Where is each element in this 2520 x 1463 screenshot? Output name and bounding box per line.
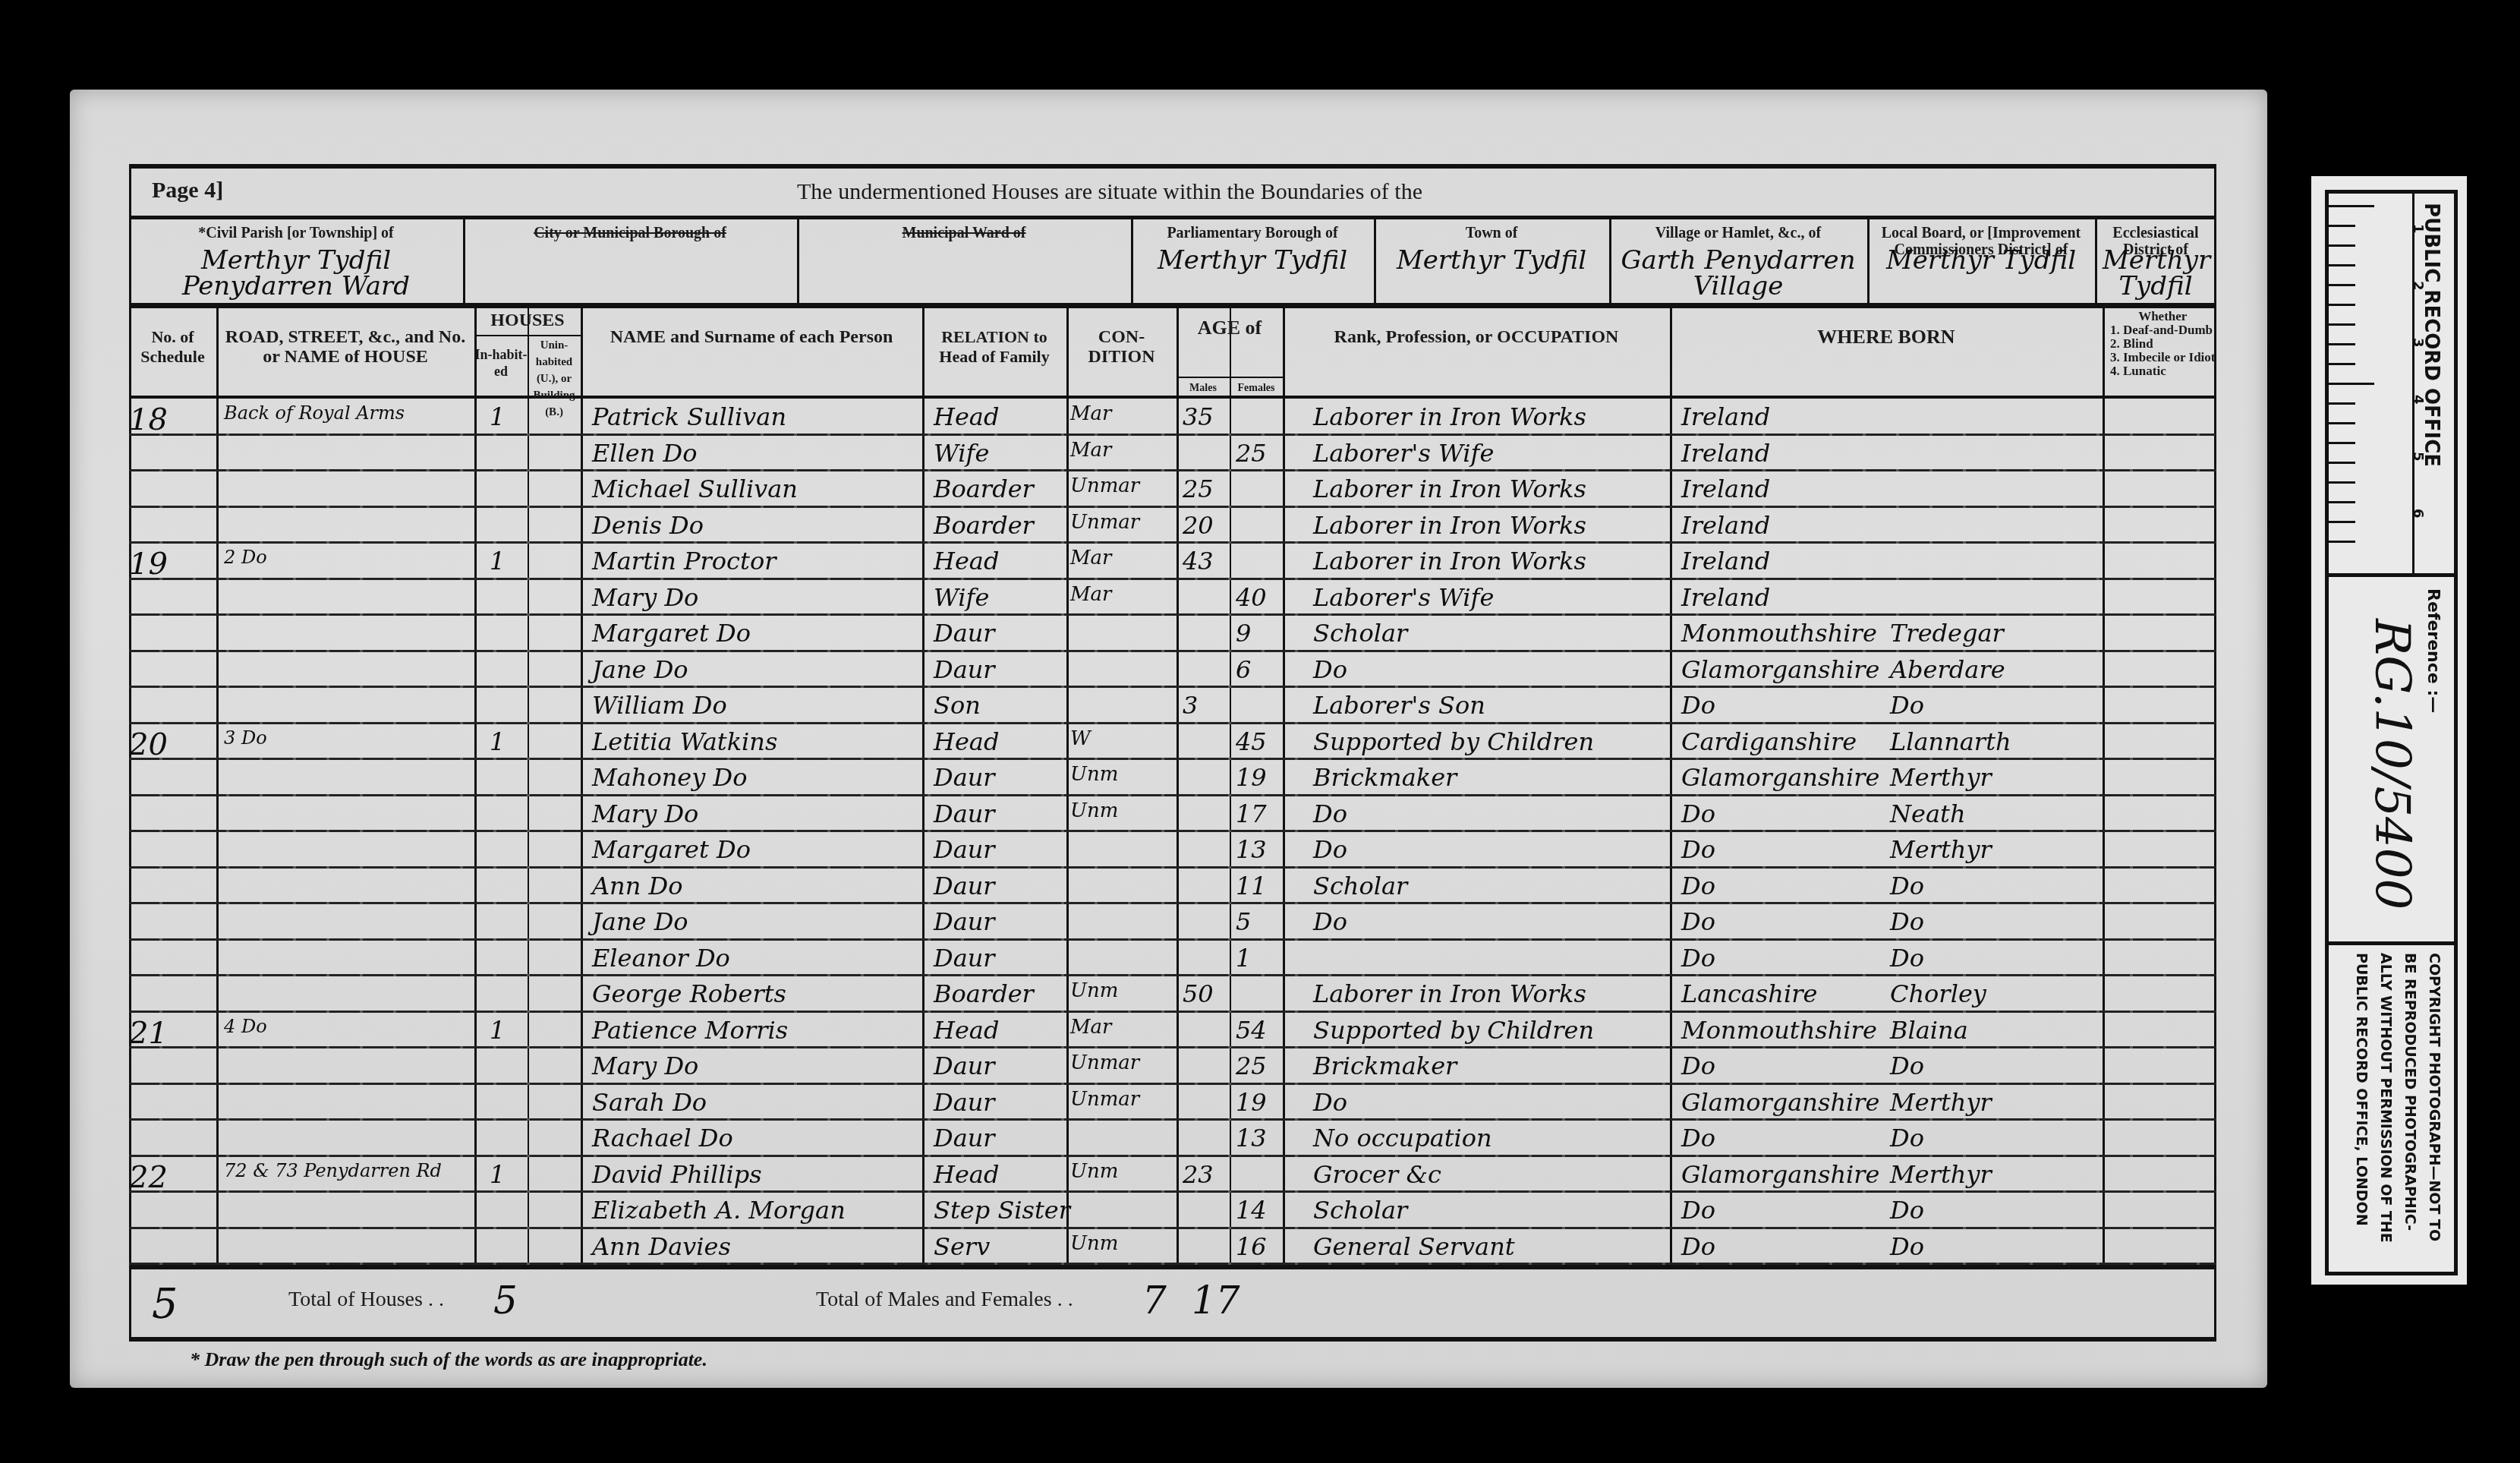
boundary-value-5: Garth Penydarren Village (1617, 248, 1860, 299)
cell-born-county: Ireland (1681, 583, 1770, 612)
cell-schedule: 20 (129, 727, 168, 762)
boundary-value-4: Merthyr Tydfil (1381, 248, 1602, 273)
cell-born-county: Ireland (1681, 439, 1770, 468)
cell-name: Ann Do (592, 872, 682, 900)
cell-condition: Unm (1070, 763, 1118, 786)
table-row: Eleanor DoDaur1DoDo (129, 941, 2216, 977)
cell-born-place: Do (1890, 944, 1924, 973)
table-row: Mary DoWifeMar40Laborer's WifeIreland (129, 580, 2216, 616)
cell-born-county: Cardiganshire (1681, 727, 1857, 756)
cell-name: Mary Do (592, 799, 698, 828)
table-row: 192 Do1Martin ProctorHeadMar43Laborer in… (129, 544, 2216, 580)
boundary-heading-1: City or Municipal Borough of (463, 225, 797, 241)
cell-born-place: Chorley (1890, 979, 1986, 1008)
cell-born-place: Do (1890, 691, 1924, 720)
boundary-heading-5: Village or Hamlet, &c., of (1609, 225, 1867, 241)
cell-name: Elizabeth A. Morgan (592, 1196, 846, 1225)
table-row: Mary DoDaurUnmar25BrickmakerDoDo (129, 1048, 2216, 1085)
cell-born-county: Glamorganshire (1681, 655, 1879, 684)
cell-born-place: Do (1890, 872, 1924, 900)
cell-name: Mary Do (592, 1052, 698, 1080)
cell-female-age: 25 (1236, 1052, 1267, 1080)
cell-condition: Mar (1070, 1016, 1112, 1039)
cell-condition: Unm (1070, 1232, 1118, 1255)
table-row: Denis DoBoarderUnmar20Laborer in Iron Wo… (129, 508, 2216, 544)
cell-road: 3 Do (224, 727, 267, 749)
cell-born-county: Do (1681, 835, 1715, 864)
cell-name: Mary Do (592, 583, 698, 612)
cell-schedule: 19 (129, 547, 168, 582)
cell-born-place: Do (1890, 1052, 1924, 1080)
cell-occupation: Supported by Children (1313, 1016, 1594, 1045)
cell-male-age: 20 (1183, 511, 1214, 540)
cell-male-age: 35 (1183, 402, 1214, 431)
cell-name: Letitia Watkins (592, 727, 777, 756)
boundary-value-6: Merthyr Tydfil (1875, 248, 2087, 273)
cell-occupation: Do (1313, 799, 1347, 828)
boundary-heading-0: *Civil Parish [or Township] of (129, 225, 463, 241)
ruler-tick (2329, 284, 2355, 286)
cell-condition: Mar (1070, 402, 1112, 425)
cell-female-age: 1 (1236, 944, 1251, 973)
copyright-line: ALLY WITHOUT PERMISSION OF THE (2377, 953, 2394, 1243)
column-header-females: Females (1230, 380, 1283, 397)
total-houses-label: Total of Houses . . (288, 1288, 444, 1312)
ruler-tick (2329, 225, 2355, 227)
table-row: Jane DoDaur6DoGlamorganshireAberdare (129, 652, 2216, 689)
cell-born-county: Lancashire (1681, 979, 1817, 1008)
cell-born-county: Monmouthshire (1681, 619, 1877, 648)
total-persons-label: Total of Males and Females . . (816, 1288, 1073, 1312)
cell-female-age: 16 (1236, 1232, 1267, 1261)
table-row: Margaret DoDaur13DoDoMerthyr (129, 832, 2216, 869)
ruler-tick (2329, 402, 2355, 405)
cell-born-county: Do (1681, 872, 1715, 900)
cell-relation: Daur (934, 872, 995, 900)
cell-relation: Daur (934, 1124, 995, 1152)
cell-name: Jane Do (592, 655, 688, 684)
cell-name: Michael Sullivan (592, 475, 798, 503)
cell-occupation: No occupation (1313, 1124, 1492, 1152)
column-header-road: ROAD, STREET, &c., and No. or NAME of HO… (216, 327, 474, 367)
cell-occupation: Scholar (1313, 1196, 1407, 1225)
table-row: 18Back of Royal Arms1Patrick SullivanHea… (129, 399, 2216, 436)
cell-schedule: 21 (129, 1016, 168, 1051)
cell-inhabited: 1 (490, 547, 505, 575)
cell-name: William Do (592, 691, 727, 720)
cell-female-age: 5 (1236, 907, 1251, 936)
column-header-relation: RELATION to Head of Family (922, 327, 1066, 367)
cell-born-county: Ireland (1681, 475, 1770, 503)
public-record-office-label: PUBLIC RECORD OFFICE 123456 Reference :—… (2311, 176, 2467, 1285)
cell-born-county: Do (1681, 907, 1715, 936)
cell-name: Martin Proctor (592, 547, 776, 575)
cell-born-county: Glamorganshire (1681, 1160, 1879, 1189)
cell-relation: Daur (934, 1088, 995, 1117)
cell-born-place: Do (1890, 1232, 1924, 1261)
cell-male-age: 50 (1183, 979, 1214, 1008)
reference-value: RG.10/5400 (2364, 619, 2420, 910)
cell-name: Eleanor Do (592, 944, 730, 973)
cell-born-place: Aberdare (1890, 655, 2005, 684)
cell-road: 72 & 73 Penydarren Rd (224, 1160, 442, 1181)
cell-name: Patience Morris (592, 1016, 788, 1045)
cell-female-age: 25 (1236, 439, 1267, 468)
column-header-where-born: WHERE BORN (1670, 327, 2103, 347)
cell-occupation: Laborer in Iron Works (1313, 547, 1586, 575)
cell-condition: Mar (1070, 439, 1112, 462)
total-schedules: 5 (152, 1280, 178, 1328)
cell-name: Mahoney Do (592, 763, 747, 792)
cell-inhabited: 1 (490, 1160, 505, 1189)
cell-occupation: Do (1313, 835, 1347, 864)
cell-born-place: Merthyr (1890, 835, 1992, 864)
cell-occupation: Do (1313, 907, 1347, 936)
cell-schedule: 18 (129, 402, 168, 437)
cell-born-county: Do (1681, 691, 1715, 720)
table-row: Rachael DoDaur13No occupationDoDo (129, 1121, 2216, 1157)
page-label: Page 4] (152, 178, 223, 203)
column-header-condition: CON-DITION (1066, 327, 1177, 367)
cell-male-age: 25 (1183, 475, 1214, 503)
cell-relation: Wife (934, 439, 989, 468)
cell-road: 4 Do (224, 1016, 267, 1037)
cell-occupation: Brickmaker (1313, 1052, 1457, 1080)
cell-female-age: 40 (1236, 583, 1267, 612)
column-header-name: NAME and Surname of each Person (581, 327, 922, 347)
cell-relation: Boarder (934, 475, 1034, 503)
cell-name: George Roberts (592, 979, 786, 1008)
cell-female-age: 11 (1236, 872, 1267, 900)
cell-name: Sarah Do (592, 1088, 707, 1117)
boundary-value-3: Merthyr Tydfil (1139, 248, 1366, 273)
cell-relation: Head (934, 1016, 999, 1045)
copyright-line: COPYRIGHT PHOTOGRAPH—NOT TO (2426, 953, 2443, 1241)
cell-occupation: Laborer's Wife (1313, 439, 1494, 468)
office-name: PUBLIC RECORD OFFICE (2420, 203, 2443, 467)
cell-born-place: Neath (1890, 799, 1965, 828)
boundary-heading-2: Municipal Ward of (797, 225, 1131, 241)
cell-condition: Unm (1070, 799, 1118, 822)
column-header-occupation: Rank, Profession, or OCCUPATION (1283, 327, 1670, 347)
cell-female-age: 45 (1236, 727, 1267, 756)
cell-name: Ann Davies (592, 1232, 731, 1261)
whether-label: Whether (2110, 310, 2216, 323)
cell-condition: Mar (1070, 583, 1112, 606)
table-row: Mary DoDaurUnm17DoDoNeath (129, 796, 2216, 833)
cell-occupation: General Servant (1313, 1232, 1515, 1261)
cell-female-age: 14 (1236, 1196, 1267, 1225)
cell-female-age: 6 (1236, 655, 1251, 684)
column-header-males: Males (1177, 380, 1230, 397)
boundary-value-7: Merthyr Tydfil (2103, 248, 2209, 299)
cell-inhabited: 1 (490, 1016, 505, 1045)
cell-road: Back of Royal Arms (224, 402, 405, 424)
cell-name: David Phillips (592, 1160, 762, 1189)
cell-relation: Daur (934, 907, 995, 936)
cell-born-county: Do (1681, 1196, 1715, 1225)
cell-born-county: Monmouthshire (1681, 1016, 1877, 1045)
cell-male-age: 43 (1183, 547, 1214, 575)
cell-born-place: Do (1890, 907, 1924, 936)
cell-relation: Son (934, 691, 981, 720)
cell-born-place: Llannarth (1890, 727, 2011, 756)
table-row: 203 Do1Letitia WatkinsHeadW45Supported b… (129, 724, 2216, 761)
cell-occupation: Do (1313, 1088, 1347, 1117)
cell-road: 2 Do (224, 547, 267, 568)
cell-occupation: Laborer in Iron Works (1313, 475, 1586, 503)
cell-born-place: Merthyr (1890, 1160, 1992, 1189)
boundary-heading-3: Parliamentary Borough of (1131, 225, 1374, 241)
cell-condition: Mar (1070, 547, 1112, 569)
column-header-inhabited: In-habit-ed (474, 346, 528, 380)
cell-relation: Head (934, 402, 999, 431)
cell-female-age: 13 (1236, 835, 1267, 864)
cell-occupation: Laborer's Son (1313, 691, 1485, 720)
ruler-tick (2329, 501, 2355, 503)
ruler-tick (2329, 244, 2355, 247)
cell-female-age: 19 (1236, 1088, 1267, 1117)
ruler-tick (2329, 383, 2374, 385)
ruler-tick (2329, 462, 2355, 464)
total-males: 7 (1142, 1279, 1167, 1323)
footnote: * Draw the pen through such of the words… (190, 1348, 707, 1371)
cell-born-county: Do (1681, 944, 1715, 973)
total-houses-value: 5 (493, 1279, 518, 1323)
table-row: 214 Do1Patience MorrisHeadMar54Supported… (129, 1013, 2216, 1049)
column-header-houses: HOUSES (474, 312, 581, 329)
boundary-value-0: Merthyr Tydfil Penydarren Ward (137, 248, 455, 299)
cell-born-county: Do (1681, 1232, 1715, 1261)
cell-name: Rachael Do (592, 1124, 733, 1152)
cell-relation: Daur (934, 944, 995, 973)
cell-relation: Daur (934, 619, 995, 648)
cell-male-age: 23 (1183, 1160, 1214, 1189)
cell-occupation: Laborer's Wife (1313, 583, 1494, 612)
copyright-line: PUBLIC RECORD OFFICE, LONDON (2353, 953, 2370, 1226)
cell-name: Margaret Do (592, 619, 751, 648)
cell-occupation: Do (1313, 655, 1347, 684)
cell-occupation: Supported by Children (1313, 727, 1594, 756)
cell-relation: Daur (934, 799, 995, 828)
ruler-tick (2329, 363, 2355, 365)
table-row: Mahoney DoDaurUnm19BrickmakerGlamorgansh… (129, 760, 2216, 796)
cell-born-place: Merthyr (1890, 763, 1992, 792)
cell-born-place: Do (1890, 1124, 1924, 1152)
table-row: Sarah DoDaurUnmar19DoGlamorganshireMerth… (129, 1085, 2216, 1121)
cell-male-age: 3 (1183, 691, 1198, 720)
table-row: Margaret DoDaur9ScholarMonmouthshireTred… (129, 616, 2216, 652)
ruler-tick (2329, 541, 2355, 543)
cell-condition: Unm (1070, 979, 1118, 1002)
ruler-tick (2329, 205, 2374, 207)
boundary-heading-4: Town of (1374, 225, 1609, 241)
table-row: Jane DoDaur5DoDoDo (129, 904, 2216, 941)
cell-occupation: Scholar (1313, 619, 1407, 648)
cell-born-county: Do (1681, 1124, 1715, 1152)
table-row: Ellen DoWifeMar25Laborer's WifeIreland (129, 436, 2216, 472)
boundaries-banner: The undermentioned Houses are situate wi… (797, 179, 1422, 205)
cell-female-age: 9 (1236, 619, 1251, 648)
cell-born-place: Tredegar (1890, 619, 2004, 648)
reference-label: Reference :— (2424, 588, 2443, 713)
cell-relation: Head (934, 547, 999, 575)
table-row: 2272 & 73 Penydarren Rd1David PhillipsHe… (129, 1157, 2216, 1193)
table-row: Ann DoDaur11ScholarDoDo (129, 869, 2216, 905)
cell-relation: Step Sister (934, 1196, 1070, 1225)
cell-female-age: 54 (1236, 1016, 1267, 1045)
infirmity-option: 3. Imbecile or Idiot (2110, 351, 2216, 364)
cell-name: Jane Do (592, 907, 688, 936)
ruler-tick (2329, 343, 2355, 345)
cell-inhabited: 1 (490, 727, 505, 756)
cell-occupation: Laborer in Iron Works (1313, 402, 1586, 431)
cell-born-place: Do (1890, 1196, 1924, 1225)
ruler-tick (2329, 481, 2355, 484)
cell-condition: Unmar (1070, 1088, 1139, 1111)
cell-relation: Daur (934, 835, 995, 864)
table-row: George RobertsBoarderUnm50Laborer in Iro… (129, 976, 2216, 1013)
infirmity-option: 1. Deaf-and-Dumb (2110, 323, 2216, 337)
ruler-tick (2329, 264, 2355, 266)
cell-occupation: Brickmaker (1313, 763, 1457, 792)
infirmity-option: 4. Lunatic (2110, 364, 2216, 378)
cell-relation: Serv (934, 1232, 990, 1261)
cell-female-age: 17 (1236, 799, 1267, 828)
cell-born-county: Ireland (1681, 547, 1770, 575)
cell-born-county: Ireland (1681, 511, 1770, 540)
cell-condition: W (1070, 727, 1091, 750)
cell-condition: Unmar (1070, 475, 1139, 497)
cell-female-age: 13 (1236, 1124, 1267, 1152)
total-females: 17 (1192, 1279, 1240, 1323)
cell-name: Denis Do (592, 511, 704, 540)
cell-name: Margaret Do (592, 835, 751, 864)
cell-born-county: Do (1681, 1052, 1715, 1080)
table-row: Elizabeth A. MorganStep Sister14ScholarD… (129, 1193, 2216, 1229)
cell-born-county: Do (1681, 799, 1715, 828)
cell-inhabited: 1 (490, 402, 505, 431)
column-header-schedule: No. of Schedule (129, 327, 216, 367)
cell-relation: Daur (934, 1052, 995, 1080)
cell-born-county: Ireland (1681, 402, 1770, 431)
cell-occupation: Laborer in Iron Works (1313, 979, 1586, 1008)
cell-occupation: Laborer in Iron Works (1313, 511, 1586, 540)
cell-relation: Boarder (934, 511, 1034, 540)
cell-relation: Daur (934, 655, 995, 684)
cell-condition: Unmar (1070, 1052, 1139, 1074)
ruler-tick (2329, 422, 2355, 424)
cell-born-county: Glamorganshire (1681, 763, 1879, 792)
column-header-infirmity: Whether1. Deaf-and-Dumb2. Blind3. Imbeci… (2110, 310, 2216, 378)
cell-name: Ellen Do (592, 439, 697, 468)
cell-born-place: Merthyr (1890, 1088, 1992, 1117)
ruler-tick (2329, 323, 2355, 326)
cell-relation: Head (934, 727, 999, 756)
cell-schedule: 22 (129, 1160, 168, 1195)
table-row: Michael SullivanBoarderUnmar25Laborer in… (129, 471, 2216, 508)
cell-name: Patrick Sullivan (592, 402, 786, 431)
cell-occupation: Scholar (1313, 872, 1407, 900)
copyright-line: BE REPRODUCED PHOTOGRAPHIC- (2402, 953, 2418, 1231)
table-row: Ann DaviesServUnm16General ServantDoDo (129, 1229, 2216, 1266)
cell-female-age: 19 (1236, 763, 1267, 792)
table-row: William DoSon3Laborer's SonDoDo (129, 688, 2216, 724)
cell-born-place: Blaina (1890, 1016, 1968, 1045)
cell-relation: Daur (934, 763, 995, 792)
infirmity-option: 2. Blind (2110, 337, 2216, 351)
cell-condition: Unm (1070, 1160, 1118, 1183)
column-header-age: AGE of (1177, 320, 1283, 336)
cell-relation: Wife (934, 583, 989, 612)
cell-relation: Boarder (934, 979, 1034, 1008)
cell-condition: Unmar (1070, 511, 1139, 534)
cell-relation: Head (934, 1160, 999, 1189)
ruler-tick (2329, 442, 2355, 444)
cell-occupation: Grocer &c (1313, 1160, 1441, 1189)
ruler-tick (2329, 304, 2355, 306)
ruler-tick (2329, 521, 2355, 523)
census-form: Page 4] The undermentioned Houses are si… (129, 164, 2216, 1341)
cell-born-county: Glamorganshire (1681, 1088, 1879, 1117)
